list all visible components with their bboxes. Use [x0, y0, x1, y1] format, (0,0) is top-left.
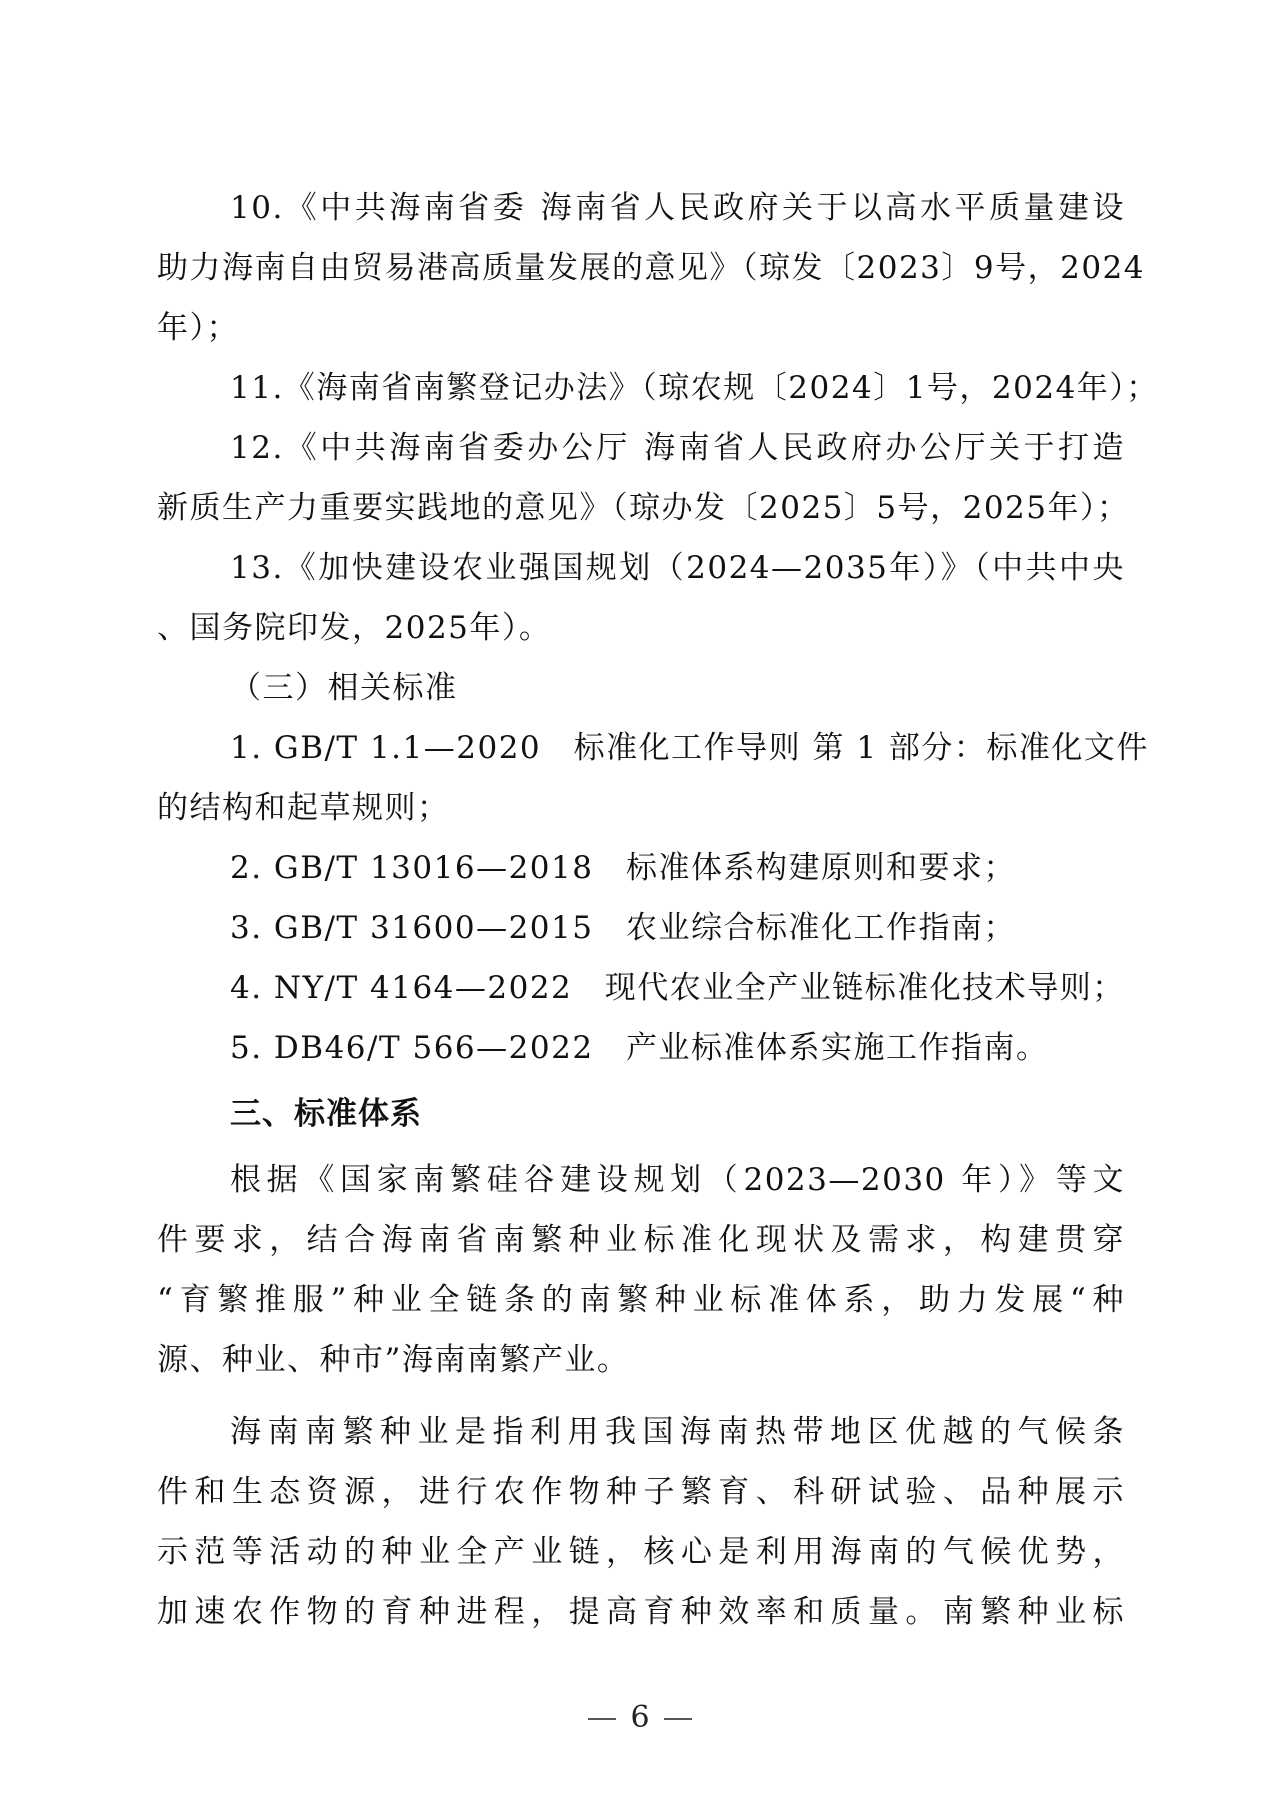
text-line-para1b: 件要求，结合海南省南繁种业标准化现状及需求，构建贯穿: [157, 1220, 1125, 1260]
section-heading-standard-system: 三、标准体系: [230, 1094, 1125, 1134]
text-line-ref-13b: 、国务院印发，2025年）。: [157, 608, 1125, 648]
text-line-ref-11: 11.《海南省南繁登记办法》（琼农规〔2024〕1号，2024年）；: [230, 368, 1125, 408]
text-line-para1c: “育繁推服”种业全链条的南繁种业标准体系，助力发展“种: [157, 1280, 1125, 1320]
text-line-std-2: 2. GB/T 13016—2018 标准体系构建原则和要求；: [230, 848, 1125, 888]
text-line-para2c: 示范等活动的种业全产业链，核心是利用海南的气候优势，: [157, 1532, 1125, 1572]
text-line-std-5: 5. DB46/T 566—2022 产业标准体系实施工作指南。: [230, 1028, 1125, 1068]
text-line-ref-12b: 新质生产力重要实践地的意见》（琼办发〔2025〕5号，2025年）；: [157, 488, 1125, 528]
page-number: 6: [630, 1700, 649, 1735]
text-line-para2d: 加速农作物的育种进程，提高育种效率和质量。南繁种业标: [157, 1592, 1125, 1632]
text-line-ref-13a: 13.《加快建设农业强国规划（2024—2035年）》（中共中央: [230, 548, 1125, 588]
text-line-ref-10c: 年）；: [157, 308, 1125, 348]
text-line-para2b: 件和生态资源，进行农作物种子繁育、科研试验、品种展示: [157, 1472, 1125, 1512]
text-line-para1a: 根据《国家南繁硅谷建设规划（2023—2030 年）》等文: [230, 1160, 1125, 1200]
dash-right-icon: [664, 1718, 692, 1720]
text-line-para2a: 海南南繁种业是指利用我国海南热带地区优越的气候条: [230, 1412, 1125, 1452]
page-number-footer: 6: [0, 1700, 1280, 1736]
dash-left-icon: [588, 1718, 616, 1720]
text-line-ref-10b: 助力海南自由贸易港高质量发展的意见》（琼发〔2023〕9号，2024: [157, 248, 1125, 288]
text-line-para1d: 源、种业、种市”海南南繁产业。: [157, 1340, 1125, 1380]
document-page: 10.《中共海南省委 海南省人民政府关于以高水平质量建设 助力海南自由贸易港高质…: [0, 0, 1280, 1809]
text-line-ref-10a: 10.《中共海南省委 海南省人民政府关于以高水平质量建设: [230, 188, 1125, 228]
text-line-std-3: 3. GB/T 31600—2015 农业综合标准化工作指南；: [230, 908, 1125, 948]
text-line-std-1a: 1. GB/T 1.1—2020 标准化工作导则 第 1 部分：标准化文件: [230, 728, 1125, 768]
text-line-std-4: 4. NY/T 4164—2022 现代农业全产业链标准化技术导则；: [230, 968, 1125, 1008]
subsection-heading-standards: （三）相关标准: [230, 668, 1125, 708]
text-line-ref-12a: 12.《中共海南省委办公厅 海南省人民政府办公厅关于打造: [230, 428, 1125, 468]
text-line-std-1b: 的结构和起草规则；: [157, 788, 1125, 828]
